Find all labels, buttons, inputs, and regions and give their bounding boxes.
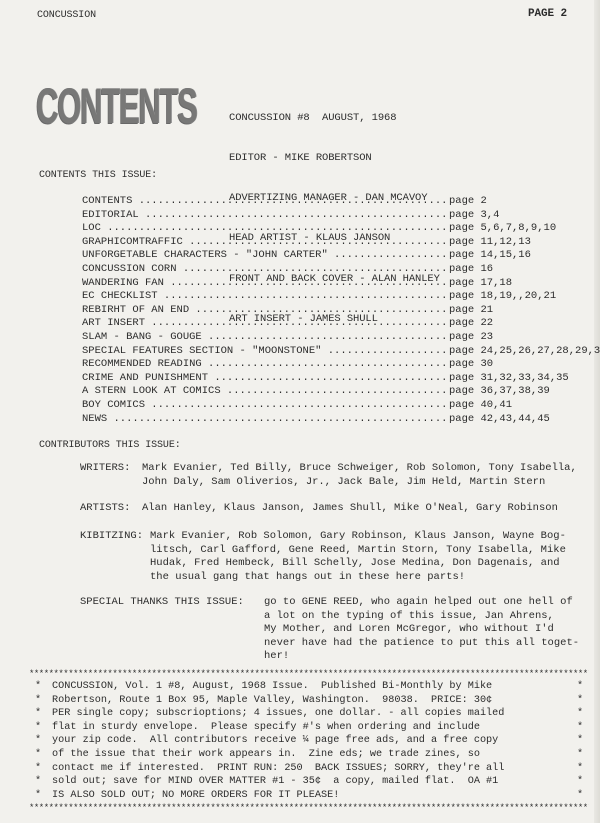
toc-row: UNFORGETABLE CHARACTERS - "JOHN CARTER" … bbox=[82, 249, 600, 263]
toc-row: EC CHECKLIST ...........................… bbox=[82, 290, 600, 304]
star-border: * bbox=[577, 734, 583, 748]
toc-row: SPECIAL FEATURES SECTION - "MOONSTONE" .… bbox=[82, 345, 600, 359]
table-of-contents: CONTENTS ...............................… bbox=[82, 195, 600, 426]
writers-line: John Daly, Sam Oliverios, Jr., Jack Bale… bbox=[142, 476, 545, 490]
toc-pages: page 2 bbox=[449, 195, 487, 209]
toc-row: CRIME AND PUNISHMENT ...................… bbox=[82, 372, 600, 386]
special-thanks-line: go to GENE REED, who again helped out on… bbox=[264, 596, 573, 610]
toc-row: RECOMMENDED READING ....................… bbox=[82, 358, 600, 372]
toc-row: CONTENTS ...............................… bbox=[82, 195, 600, 209]
toc-row: LOC ....................................… bbox=[82, 222, 600, 236]
star-border: * bbox=[35, 762, 41, 776]
star-border: * bbox=[577, 748, 583, 762]
toc-pages: page 42,43,44,45 bbox=[449, 413, 550, 427]
colophon-line: *of the issue that their work appears in… bbox=[29, 748, 589, 762]
kibitzing-block: KIBITZING: Mark Evanier, Rob Solomon, Ga… bbox=[80, 530, 600, 586]
toc-title: BOY COMICS .............................… bbox=[82, 399, 449, 413]
star-border: * bbox=[577, 707, 583, 721]
special-thanks-line: never have had the patience to put this … bbox=[264, 637, 579, 651]
colophon-line: *your zip code. All contributors receive… bbox=[29, 734, 589, 748]
toc-row: EDITORIAL ..............................… bbox=[82, 209, 600, 223]
toc-title: A STERN LOOK AT COMICS .................… bbox=[82, 385, 449, 399]
masthead-line: CONCUSSION #8 AUGUST, 1968 bbox=[229, 112, 440, 125]
toc-pages: page 23 bbox=[449, 331, 493, 345]
toc-title: ART INSERT .............................… bbox=[82, 317, 449, 331]
colophon-text: flat in sturdy envelope. Please specify … bbox=[52, 721, 480, 735]
toc-title: CRIME AND PUNISHMENT ...................… bbox=[82, 372, 449, 386]
star-border: * bbox=[35, 707, 41, 721]
toc-pages: page 18,19,,20,21 bbox=[449, 290, 556, 304]
kibitzing-line: Mark Evanier, Rob Solomon, Gary Robinson… bbox=[150, 530, 566, 544]
colophon-box: ****************************************… bbox=[29, 668, 589, 814]
star-border: * bbox=[577, 762, 583, 776]
toc-pages: page 21 bbox=[449, 304, 493, 318]
star-border: * bbox=[35, 775, 41, 789]
toc-row: WANDERING FAN ..........................… bbox=[82, 277, 600, 291]
toc-title: CONCUSSION CORN ........................… bbox=[82, 263, 449, 277]
star-border: * bbox=[35, 748, 41, 762]
toc-pages: page 31,32,33,34,35 bbox=[449, 372, 569, 386]
colophon-line: *contact me if interested. PRINT RUN: 25… bbox=[29, 762, 589, 776]
colophon-line: *CONCUSSION, Vol. 1 #8, August, 1968 Iss… bbox=[29, 680, 589, 694]
toc-title: UNFORGETABLE CHARACTERS - "JOHN CARTER" … bbox=[82, 249, 449, 263]
artists-line: Alan Hanley, Klaus Janson, James Shull, … bbox=[142, 502, 558, 516]
artists-label: ARTISTS: bbox=[80, 502, 130, 516]
toc-row: BOY COMICS .............................… bbox=[82, 399, 600, 413]
star-border: * bbox=[577, 680, 583, 694]
colophon-text: PER single copy; subscrioptions; 4 issue… bbox=[52, 707, 504, 721]
kibitzing-line: litsch, Carl Gafford, Gene Reed, Martin … bbox=[150, 544, 566, 558]
kibitzing-label: KIBITZING: bbox=[80, 530, 143, 544]
colophon-text: Robertson, Route 1 Box 95, Maple Valley,… bbox=[52, 694, 492, 708]
special-thanks-line: her! bbox=[264, 650, 289, 664]
writers-line: Mark Evanier, Ted Billy, Bruce Schweiger… bbox=[142, 462, 577, 476]
toc-title: SLAM - BANG - GOUGE ....................… bbox=[82, 331, 449, 345]
artists-block: ARTISTS: Alan Hanley, Klaus Janson, Jame… bbox=[80, 502, 600, 518]
toc-pages: page 24,25,26,27,28,29,3 bbox=[449, 345, 600, 359]
special-thanks-block: SPECIAL THANKS THIS ISSUE: go to GENE RE… bbox=[80, 596, 600, 666]
star-border: * bbox=[577, 721, 583, 735]
toc-row: ART INSERT .............................… bbox=[82, 317, 600, 331]
toc-row: REBIRHT OF AN END ......................… bbox=[82, 304, 600, 318]
colophon-line: *PER single copy; subscrioptions; 4 issu… bbox=[29, 707, 589, 721]
colophon-line: *Robertson, Route 1 Box 95, Maple Valley… bbox=[29, 694, 589, 708]
contents-heading: CONTENTS THIS ISSUE: bbox=[39, 170, 157, 182]
colophon-text: your zip code. All contributors receive … bbox=[52, 734, 498, 748]
colophon-line: *IS ALSO SOLD OUT; NO MORE ORDERS FOR IT… bbox=[29, 789, 589, 803]
toc-title: GRAPHICOMTRAFFIC .......................… bbox=[82, 236, 449, 250]
toc-title: REBIRHT OF AN END ......................… bbox=[82, 304, 449, 318]
colophon-line: *flat in sturdy envelope. Please specify… bbox=[29, 721, 589, 735]
colophon-text: sold out; save for MIND OVER MATTER #1 -… bbox=[52, 775, 498, 789]
toc-row: SLAM - BANG - GOUGE ....................… bbox=[82, 331, 600, 345]
star-border: * bbox=[35, 734, 41, 748]
toc-pages: page 14,15,16 bbox=[449, 249, 531, 263]
toc-title: LOC ....................................… bbox=[82, 222, 449, 236]
toc-pages: page 5,6,7,8,9,10 bbox=[449, 222, 556, 236]
toc-pages: page 17,18 bbox=[449, 277, 512, 291]
toc-title: EC CHECKLIST ...........................… bbox=[82, 290, 449, 304]
kibitzing-line: the usual gang that hangs out in these h… bbox=[150, 571, 465, 585]
special-thanks-label: SPECIAL THANKS THIS ISSUE: bbox=[80, 596, 244, 610]
toc-pages: page 11,12,13 bbox=[449, 236, 531, 250]
publication-name: CONCUSSION bbox=[37, 10, 96, 22]
star-border: * bbox=[577, 694, 583, 708]
toc-title: EDITORIAL ..............................… bbox=[82, 209, 449, 223]
toc-row: NEWS ...................................… bbox=[82, 413, 600, 427]
toc-pages: page 16 bbox=[449, 263, 493, 277]
special-thanks-line: My Mother, and Loren McGregor, who witho… bbox=[264, 623, 554, 637]
page-number: PAGE 2 bbox=[528, 8, 567, 20]
masthead-line: EDITOR - MIKE ROBERTSON bbox=[229, 152, 440, 165]
star-border: * bbox=[35, 721, 41, 735]
star-border: * bbox=[577, 789, 583, 803]
writers-label: WRITERS: bbox=[80, 462, 130, 476]
special-thanks-line: a lot on the typing of this issue, Jan A… bbox=[264, 610, 554, 624]
toc-title: NEWS ...................................… bbox=[82, 413, 449, 427]
toc-row: GRAPHICOMTRAFFIC .......................… bbox=[82, 236, 600, 250]
colophon-text: of the issue that their work appears in.… bbox=[52, 748, 480, 762]
zine-page: CONCUSSION PAGE 2 CONTENTS CONCUSSION #8… bbox=[0, 0, 600, 823]
toc-pages: page 40,41 bbox=[449, 399, 512, 413]
star-border: ****************************************… bbox=[29, 668, 589, 680]
toc-pages: page 36,37,38,39 bbox=[449, 385, 550, 399]
toc-title: RECOMMENDED READING ....................… bbox=[82, 358, 449, 372]
toc-title: WANDERING FAN ..........................… bbox=[82, 277, 449, 291]
colophon-line: *sold out; save for MIND OVER MATTER #1 … bbox=[29, 775, 589, 789]
star-border: * bbox=[35, 680, 41, 694]
contributors-heading: CONTRIBUTORS THIS ISSUE: bbox=[39, 440, 181, 452]
colophon-text: contact me if interested. PRINT RUN: 250… bbox=[52, 762, 504, 776]
toc-pages: page 22 bbox=[449, 317, 493, 331]
toc-pages: page 30 bbox=[449, 358, 493, 372]
toc-title: CONTENTS ...............................… bbox=[82, 195, 449, 209]
kibitzing-line: Hudak, Fred Hembeck, Bill Schelly, Jose … bbox=[150, 557, 560, 571]
star-border: ****************************************… bbox=[29, 802, 589, 814]
toc-row: CONCUSSION CORN ........................… bbox=[82, 263, 600, 277]
toc-title: SPECIAL FEATURES SECTION - "MOONSTONE" .… bbox=[82, 345, 449, 359]
writers-block: WRITERS: Mark Evanier, Ted Billy, Bruce … bbox=[80, 462, 600, 492]
star-border: * bbox=[35, 789, 41, 803]
contents-logo: CONTENTS bbox=[36, 79, 197, 133]
toc-row: A STERN LOOK AT COMICS .................… bbox=[82, 385, 600, 399]
star-border: * bbox=[35, 694, 41, 708]
colophon-text: IS ALSO SOLD OUT; NO MORE ORDERS FOR IT … bbox=[52, 789, 339, 803]
toc-pages: page 3,4 bbox=[449, 209, 499, 223]
colophon-text: CONCUSSION, Vol. 1 #8, August, 1968 Issu… bbox=[52, 680, 492, 694]
star-border: * bbox=[577, 775, 583, 789]
